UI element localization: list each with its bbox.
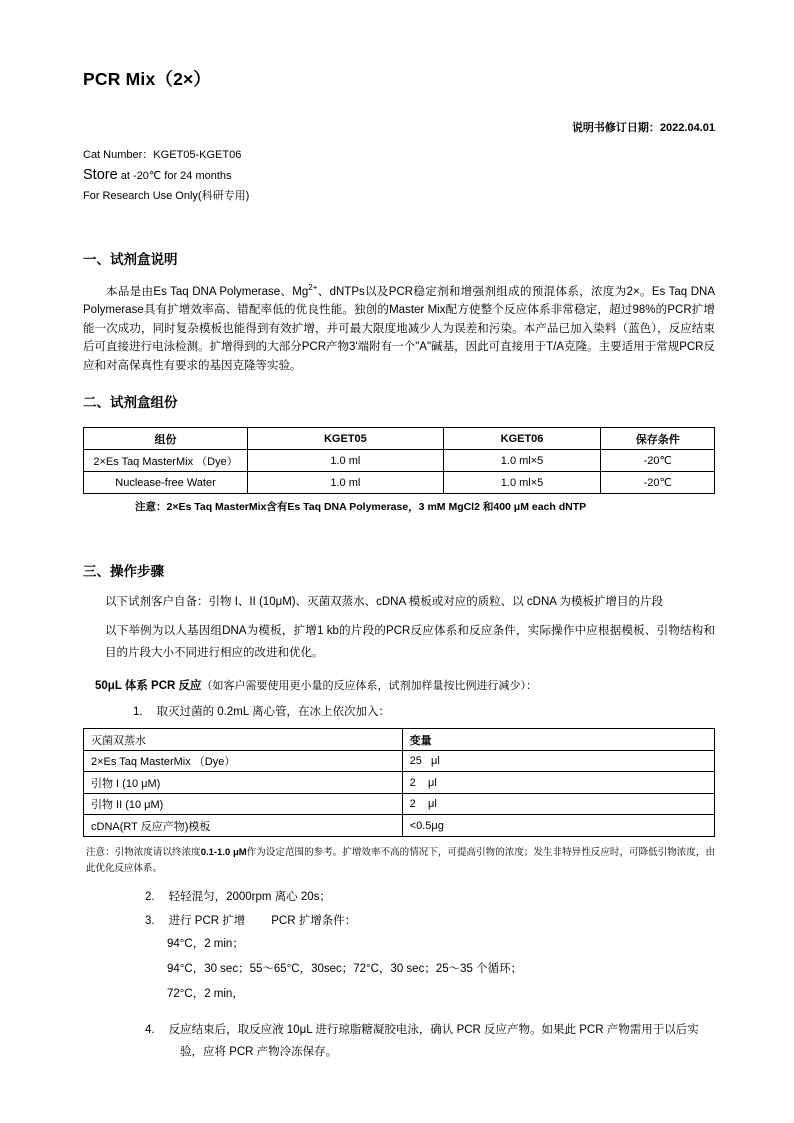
- revision-date-value: 2022.04.01: [660, 122, 715, 134]
- cell-kget06: 1.0 ml×5: [443, 450, 601, 472]
- kit-table-note: 注意：2×Es Taq MasterMix含有Es Taq DNA Polyme…: [135, 499, 715, 514]
- table-row: 引物 II (10 μM) 2 μl: [84, 793, 715, 815]
- reaction-mix-table: 灭菌双蒸水 变量 2×Es Taq MasterMix （Dye） 25 μl …: [83, 728, 715, 837]
- step-4-number: 4.: [145, 1018, 155, 1043]
- section3-paragraph2: 以下举例为以人基因组DNA为模板，扩增1 kb的片段的PCR反应体系和反应条件，…: [105, 620, 715, 664]
- table-row: cDNA(RT 反应产物)模板 <0.5μg: [84, 815, 715, 837]
- storage-conditions: at -20℃ for 24 months: [118, 170, 232, 182]
- table-row: 2×Es Taq MasterMix （Dye） 1.0 ml 1.0 ml×5…: [84, 450, 715, 472]
- cat-number-label: Cat Number：: [83, 149, 153, 161]
- step-4-text-line1: 反应结束后，取反应液 10μL 进行琼脂糖凝胶电泳，确认 PCR 反应产物。如果…: [169, 1024, 699, 1036]
- cell-volume: 25 μl: [402, 750, 714, 772]
- step-2: 2.轻轻混匀，2000rpm 离心 20s；: [145, 888, 715, 904]
- cell-reagent: 引物 II (10 μM): [84, 793, 403, 815]
- step-3: 3.进行 PCR 扩增PCR 扩增条件：: [145, 912, 715, 928]
- reaction-system-title: 50μL 体系 PCR 反应: [95, 680, 202, 692]
- cell-kget06: 1.0 ml×5: [443, 472, 601, 494]
- primer-note-range: 0.1-1.0 μM: [201, 847, 247, 858]
- product-meta: Cat Number：KGET05-KGET06 Store at -20℃ f…: [83, 145, 715, 206]
- cell-volume: 2 μl: [402, 793, 714, 815]
- section1-heading: 一、试剂盒说明: [83, 248, 715, 268]
- revision-date-label: 说明书修订日期：: [572, 122, 660, 134]
- kit-components-table: 组份 KGET05 KGET06 保存条件 2×Es Taq MasterMix…: [83, 427, 715, 494]
- cell-component: 2×Es Taq MasterMix （Dye）: [84, 450, 248, 472]
- cell-reagent: 引物 I (10 μM): [84, 772, 403, 794]
- cell-reagent: cDNA(RT 反应产物)模板: [84, 815, 403, 837]
- step-1: 1.取灭过菌的 0.2mL 离心管，在冰上依次加入：: [133, 703, 715, 719]
- step-3-number: 3.: [145, 915, 155, 927]
- step-3-text: 进行 PCR 扩增: [169, 915, 246, 927]
- document-page: PCR Mix（2×） 说明书修订日期：2022.04.01 Cat Numbe…: [0, 0, 794, 1123]
- col-header-storage: 保存条件: [601, 428, 715, 450]
- table-row: 灭菌双蒸水 变量: [84, 729, 715, 751]
- section1-text-b: 、dNTPs以及PCR稳定剂和增强剂组成的预混体系，浓度为2×。Es Taq D…: [83, 286, 715, 372]
- step-2-text: 轻轻混匀，2000rpm 离心 20s；: [169, 891, 331, 903]
- step-3-conditions-label: PCR 扩增条件：: [271, 915, 356, 927]
- col-header-kget06: KGET06: [443, 428, 601, 450]
- cell-storage: -20℃: [601, 472, 715, 494]
- step-1-number: 1.: [133, 706, 143, 718]
- cell-reagent: 2×Es Taq MasterMix （Dye）: [84, 750, 403, 772]
- pcr-condition-extension: 72°C，2 min，: [167, 986, 715, 1003]
- step-4-continued: 验，应将 PCR 产物冷冻保存。: [180, 1043, 715, 1059]
- step-1-text: 取灭过菌的 0.2mL 离心管，在冰上依次加入：: [157, 706, 390, 718]
- cell-reagent: 灭菌双蒸水: [84, 729, 403, 751]
- cell-storage: -20℃: [601, 450, 715, 472]
- table-row: Nuclease-free Water 1.0 ml 1.0 ml×5 -20℃: [84, 472, 715, 494]
- storage-line: Store at -20℃ for 24 months: [83, 165, 715, 186]
- reaction-system-line: 50μL 体系 PCR 反应（如客户需要使用更小量的反应体系，试剂加样量按比例进…: [95, 677, 715, 693]
- step-2-number: 2.: [145, 891, 155, 903]
- section2-heading: 二、试剂盒组份: [83, 391, 715, 411]
- cell-volume: 变量: [402, 729, 714, 751]
- primer-note-prefix: 注意：引物浓度请以终浓度: [86, 847, 201, 858]
- reaction-system-note: （如客户需要使用更小量的反应体系，试剂加样量按比例进行减少）：: [202, 680, 538, 692]
- revision-date-line: 说明书修订日期：2022.04.01: [83, 119, 715, 135]
- col-header-kget05: KGET05: [248, 428, 444, 450]
- page-title: PCR Mix（2×）: [83, 0, 715, 91]
- section3-heading: 三、操作步骤: [83, 560, 715, 580]
- section3-paragraph1: 以下试剂客户自备：引物 I、II (10μM)、灭菌双蒸水、cDNA 模板或对应…: [105, 594, 715, 611]
- primer-concentration-note: 注意：引物浓度请以终浓度0.1-1.0 μM作为设定范围的参考。扩增效率不高的情…: [86, 845, 715, 877]
- cell-volume: <0.5μg: [402, 815, 714, 837]
- table-header-row: 组份 KGET05 KGET06 保存条件: [84, 428, 715, 450]
- col-header-component: 组份: [84, 428, 248, 450]
- cell-volume: 2 μl: [402, 772, 714, 794]
- cell-kget05: 1.0 ml: [248, 472, 444, 494]
- pcr-condition-cycles: 94°C，30 sec；55～65°C，30sec；72°C，30 sec；25…: [167, 961, 715, 978]
- section1-text-a: 本品是由Es Taq DNA Polymerase、Mg: [106, 286, 308, 298]
- table-row: 引物 I (10 μM) 2 μl: [84, 772, 715, 794]
- cat-number-value: KGET05-KGET06: [153, 149, 241, 161]
- research-use-line: For Research Use Only(科研专用): [83, 186, 715, 206]
- section1-paragraph: 本品是由Es Taq DNA Polymerase、Mg2+、dNTPs以及PC…: [83, 279, 715, 375]
- page-content: PCR Mix（2×） 说明书修订日期：2022.04.01 Cat Numbe…: [0, 0, 794, 1059]
- step-4: 4.反应结束后，取反应液 10μL 进行琼脂糖凝胶电泳，确认 PCR 反应产物。…: [145, 1018, 715, 1043]
- table-row: 2×Es Taq MasterMix （Dye） 25 μl: [84, 750, 715, 772]
- cell-component: Nuclease-free Water: [84, 472, 248, 494]
- cat-number-line: Cat Number：KGET05-KGET06: [83, 145, 715, 165]
- storage-word: Store: [83, 167, 118, 183]
- pcr-condition-denaturation: 94°C，2 min；: [167, 936, 715, 953]
- cell-kget05: 1.0 ml: [248, 450, 444, 472]
